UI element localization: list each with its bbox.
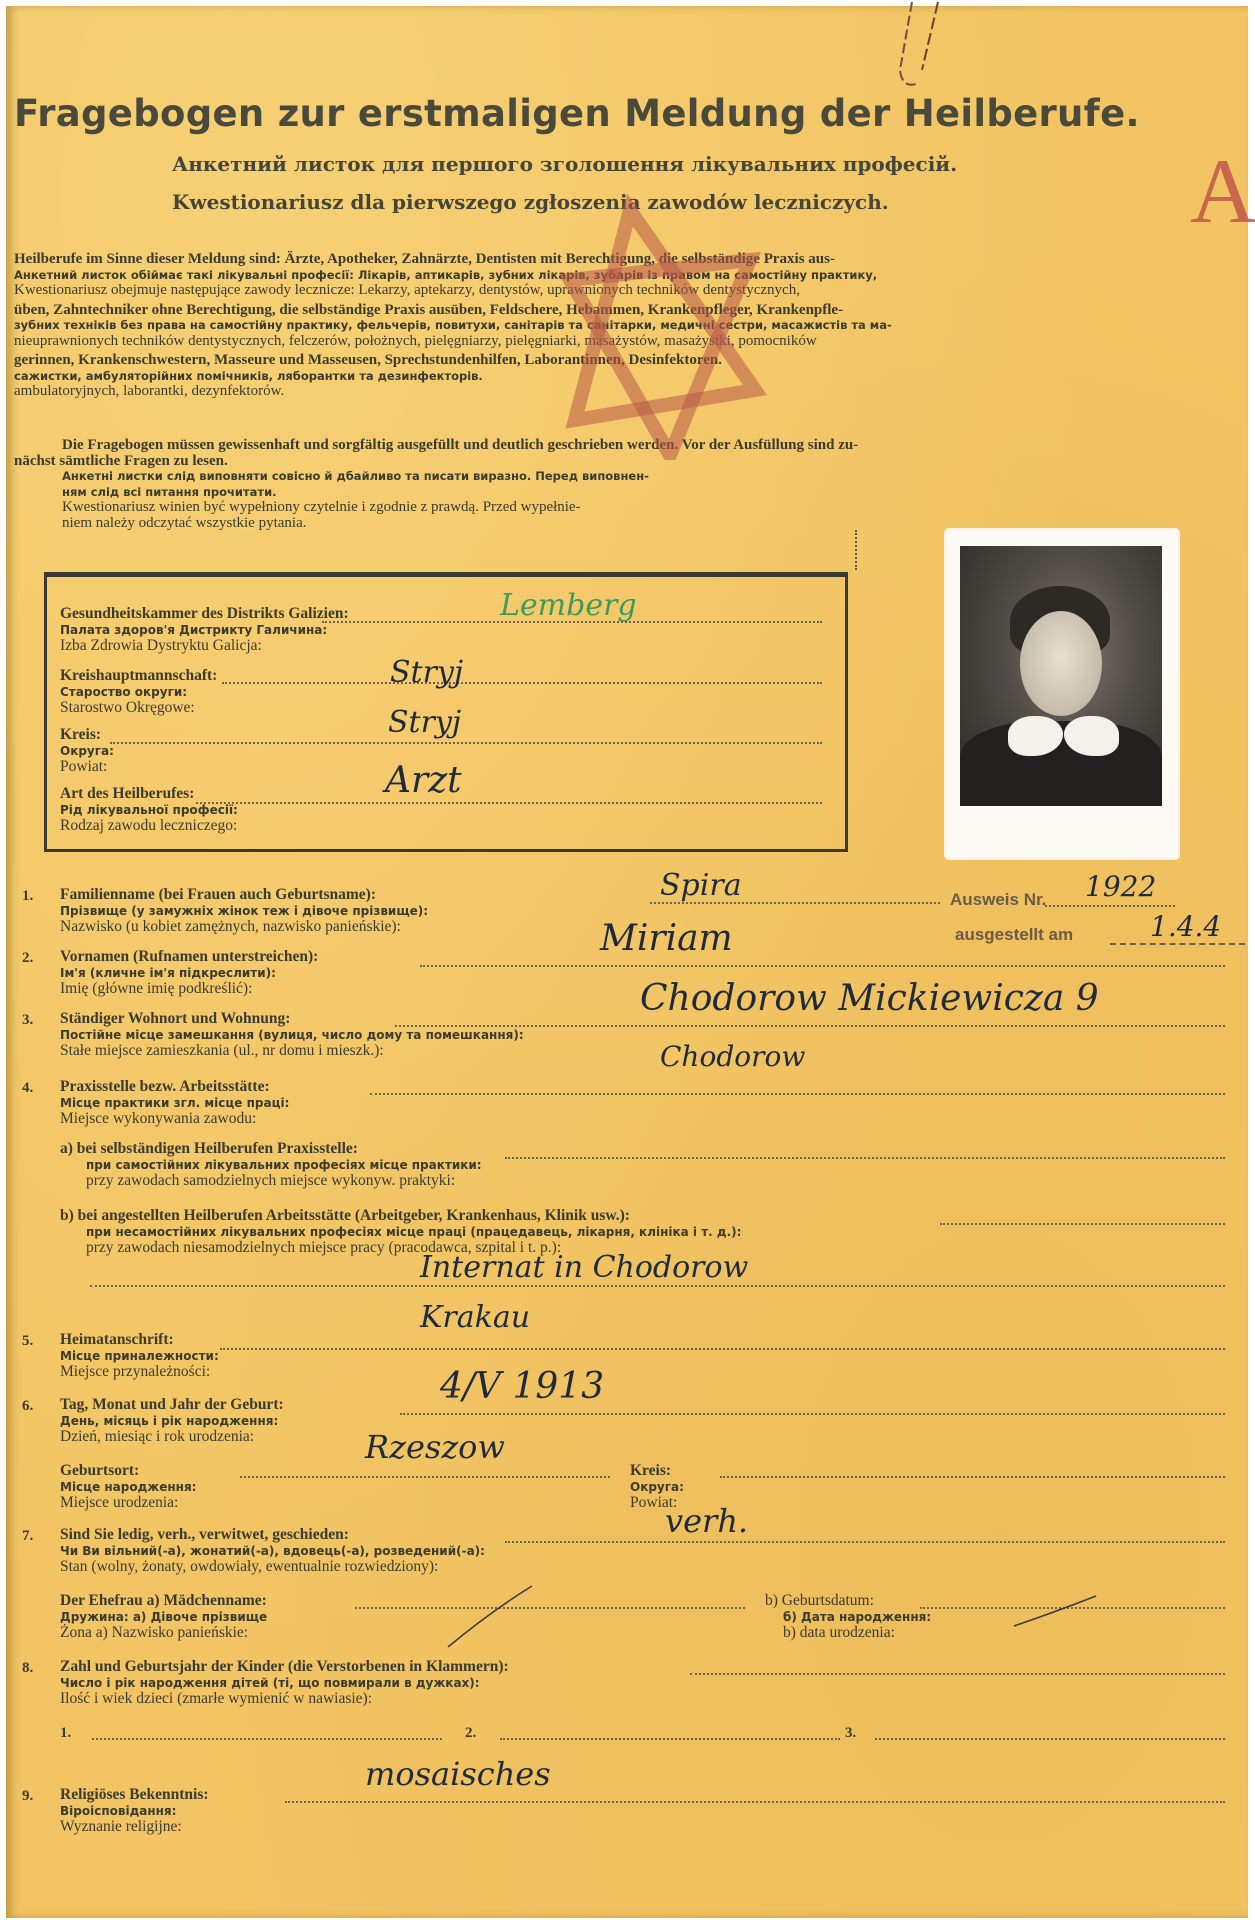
- label-de: Gesundheitskammer des Distrikts Galizien…: [60, 605, 349, 623]
- label-de: a) bei selbständigen Heilberufen Praxiss…: [60, 1140, 482, 1158]
- religion-value[interactable]: mosaisches: [365, 1755, 551, 1793]
- label-ua: Місце народження:: [60, 1480, 196, 1494]
- instructions-pl-2: niem należy odczytać wszystkie pytania.: [14, 516, 858, 532]
- strike-mark: [440, 1582, 540, 1652]
- label-pl: Powiat:: [60, 758, 114, 776]
- label-ua: Чи Ви вільний(-а), жонатий(-а), вдовець(…: [60, 1544, 485, 1558]
- page-title: Fragebogen zur erstmaligen Meldung der H…: [14, 92, 1140, 135]
- label-pl: Miejsce wykonywania zawodu:: [60, 1110, 289, 1128]
- label-ua: Палата здоров'я Дистрикту Галичина:: [60, 623, 349, 637]
- label-pl: Wyznanie religijne:: [60, 1818, 209, 1836]
- pencil-mark: [890, 0, 950, 95]
- portrait-image: [960, 546, 1162, 806]
- question-number: 9.: [22, 1788, 33, 1805]
- birthplace-value[interactable]: Rzeszow: [365, 1428, 505, 1466]
- label-ua: Староство округи:: [60, 685, 217, 699]
- label-de: Kreishauptmannschaft:: [60, 667, 217, 685]
- workplace-b-value[interactable]: Internat in Chodorow: [420, 1250, 748, 1285]
- question-4a: a) bei selbständigen Heilberufen Praxiss…: [60, 1140, 482, 1190]
- residence-line[interactable]: [395, 1025, 1225, 1027]
- instructions-pl-1: Kwestionariusz winien być wypełniony czy…: [14, 500, 858, 516]
- question-number: 6.: [22, 1398, 33, 1415]
- label-pl: Miejsce urodzenia:: [60, 1494, 196, 1512]
- label-pl: Imię (główne imię podkreślić):: [60, 980, 318, 998]
- children-line[interactable]: [690, 1673, 1225, 1675]
- label-pl: Dzień, miesiąc i rok urodzenia:: [60, 1428, 284, 1446]
- question-4: Praxisstelle bezw. Arbeitsstätte: Місце …: [60, 1078, 289, 1128]
- label-ua: при несамостійних лікувальних професіях …: [60, 1225, 741, 1239]
- label-pl: przy zawodach samodzielnych miejsce wyko…: [60, 1172, 482, 1190]
- label-de: Heimatanschrift:: [60, 1331, 219, 1349]
- child-2-label: 2.: [465, 1725, 476, 1742]
- workplace-b-line-2[interactable]: [90, 1285, 1225, 1287]
- religion-line[interactable]: [285, 1801, 1225, 1803]
- label-de: Kreis:: [630, 1462, 684, 1480]
- child-1-label: 1.: [60, 1725, 71, 1742]
- field-art: Art des Heilberufes: Рід лікувальної про…: [60, 785, 238, 835]
- label-ua: Число і рік народження дітей (ті, що пов…: [60, 1676, 509, 1690]
- wife-maiden-line[interactable]: [355, 1607, 745, 1609]
- label-de: Familienname (bei Frauen auch Geburtsnam…: [60, 886, 428, 904]
- family-name-value[interactable]: Spira: [660, 868, 742, 903]
- residence-value[interactable]: Chodorow Mickiewicza 9: [640, 978, 1099, 1019]
- field-kreishauptmannschaft: Kreishauptmannschaft: Староство округи: …: [60, 667, 217, 717]
- label-pl: Rodzaj zawodu leczniczego:: [60, 817, 238, 835]
- instructions-ua-2: ням слід всі питання прочитати.: [14, 485, 858, 501]
- question-7-wife-birthdate: b) Geburtsdatum: б) Дата народження: b) …: [765, 1592, 931, 1642]
- question-number: 4.: [22, 1080, 33, 1097]
- label-pl: Starostwo Okręgowe:: [60, 699, 217, 717]
- question-6: Tag, Monat und Jahr der Geburt: День, мі…: [60, 1396, 284, 1446]
- first-name-line[interactable]: [420, 965, 1225, 967]
- instructions-ua-1: Анкетні листки слід виповняти совісно й …: [14, 469, 858, 485]
- label-de: b) Geburtsdatum:: [765, 1592, 931, 1610]
- chamber-value[interactable]: Lemberg: [500, 588, 637, 623]
- ausweis-issued-label: ausgestellt am: [955, 925, 1073, 945]
- label-pl: Stan (wolny, żonaty, owdowiały, ewentual…: [60, 1558, 485, 1576]
- home-address-value[interactable]: Krakau: [420, 1300, 530, 1335]
- question-number: 5.: [22, 1333, 33, 1350]
- label-ua: Віроісповідання:: [60, 1804, 209, 1818]
- birth-kreis-line[interactable]: [720, 1476, 1225, 1478]
- kreis-input-line[interactable]: [110, 742, 822, 744]
- page-subtitle-ua: Анкетний листок для першого зголошення л…: [172, 152, 957, 176]
- label-pl: Miejsce przynależności:: [60, 1363, 219, 1381]
- home-address-line[interactable]: [220, 1348, 1225, 1350]
- question-number: 2.: [22, 950, 33, 967]
- label-de: Zahl und Geburtsjahr der Kinder (die Ver…: [60, 1658, 509, 1676]
- label-ua: Дружина: а) Дівоче прізвище: [60, 1610, 267, 1624]
- stamp-letter: A: [1190, 138, 1255, 244]
- strike-mark: [1010, 1592, 1100, 1632]
- question-number: 8.: [22, 1660, 33, 1677]
- question-9: Religiöses Bekenntnis: Віроісповідання: …: [60, 1786, 209, 1836]
- label-ua: Округа:: [630, 1480, 684, 1494]
- label-pl: Nazwisko (u kobiet zamężnych, nazwisko p…: [60, 918, 428, 936]
- label-pl: Żona a) Nazwisko panieńskie:: [60, 1624, 267, 1642]
- question-number: 3.: [22, 1012, 33, 1029]
- art-input-line[interactable]: [196, 802, 822, 804]
- label-de: Geburtsort:: [60, 1462, 196, 1480]
- ausweis-nr-line[interactable]: [1045, 905, 1175, 907]
- first-name-value[interactable]: Miriam: [600, 918, 733, 959]
- label-ua: День, місяць і рік народження:: [60, 1414, 284, 1428]
- label-ua: Місце практики згл. місце праці:: [60, 1096, 289, 1110]
- label-ua: б) Дата народження:: [765, 1610, 931, 1624]
- question-6-birthplace: Geburtsort: Місце народження: Miejsce ur…: [60, 1462, 196, 1512]
- field-chamber: Gesundheitskammer des Distrikts Galizien…: [60, 605, 349, 655]
- marital-status-line[interactable]: [505, 1541, 1225, 1543]
- label-de: Kreis:: [60, 726, 114, 744]
- birth-date-value[interactable]: 4/V 1913: [440, 1366, 604, 1407]
- label-de: Der Ehefrau a) Mädchenname:: [60, 1592, 267, 1610]
- workplace-b-line[interactable]: [940, 1223, 1225, 1225]
- child-3-label: 3.: [845, 1725, 856, 1742]
- kreishauptmannschaft-input-line[interactable]: [222, 682, 822, 684]
- field-kreis: Kreis: Округа: Powiat:: [60, 726, 114, 776]
- label-de: Tag, Monat und Jahr der Geburt:: [60, 1396, 284, 1414]
- label-pl: Izba Zdrowia Dystryktu Galicja:: [60, 637, 349, 655]
- portrait-photo: [946, 530, 1178, 858]
- kreishauptmannschaft-value[interactable]: Stryj: [390, 655, 463, 690]
- star-of-david-stamp-icon: [560, 190, 770, 460]
- label-ua: Постійне місце замешкання (вулиця, число…: [60, 1028, 524, 1042]
- ausweis-issued-value[interactable]: 1.4.4: [1150, 910, 1221, 943]
- label-ua: Прізвище (у замужніх жінок теж і дівоче …: [60, 904, 428, 918]
- kreis-value[interactable]: Stryj: [388, 705, 461, 740]
- question-number: 1.: [22, 888, 33, 905]
- question-7-wife-maiden: Der Ehefrau a) Mädchenname: Дружина: а) …: [60, 1592, 267, 1642]
- birthplace-line[interactable]: [240, 1476, 610, 1478]
- label-pl: Ilość i wiek dzieci (zmarłe wymienić w n…: [60, 1690, 509, 1708]
- page-subtitle-pl: Kwestionariusz dla pierwszego zgłoszenia…: [172, 190, 889, 214]
- label-de: Sind Sie ledig, verh., verwitwet, geschi…: [60, 1526, 485, 1544]
- residence-value-2[interactable]: Chodorow: [660, 1040, 805, 1073]
- question-1: Familienname (bei Frauen auch Geburtsnam…: [60, 886, 428, 936]
- ausweis-nr-value[interactable]: 1922: [1085, 870, 1156, 903]
- label-de: Vornamen (Rufnamen unterstreichen):: [60, 948, 318, 966]
- birth-date-line[interactable]: [400, 1413, 1225, 1415]
- label-ua: Округа:: [60, 744, 114, 758]
- label-pl: Stałe miejsce zamieszkania (ul., nr domu…: [60, 1042, 524, 1060]
- label-de: Religiöses Bekenntnis:: [60, 1786, 209, 1804]
- label-ua: Рід лікувальної професії:: [60, 803, 238, 817]
- label-ua: при самостійних лікувальних професіях мі…: [60, 1158, 482, 1172]
- question-2: Vornamen (Rufnamen unterstreichen): Ім'я…: [60, 948, 318, 998]
- divider: [855, 530, 857, 570]
- child-1-line[interactable]: [92, 1738, 442, 1740]
- ausweis-nr-label: Ausweis Nr.: [950, 890, 1046, 910]
- question-number: 7.: [22, 1528, 33, 1545]
- label-de: b) bei angestellten Heilberufen Arbeitss…: [60, 1207, 741, 1225]
- art-value[interactable]: Arzt: [385, 760, 462, 801]
- label-pl: b) data urodzenia:: [765, 1624, 931, 1642]
- child-2-line[interactable]: [500, 1738, 840, 1740]
- child-3-line[interactable]: [875, 1738, 1225, 1740]
- family-name-line[interactable]: [650, 902, 940, 904]
- label-ua: Ім'я (кличне ім'я підкреслити):: [60, 966, 318, 980]
- workplace-a-line[interactable]: [505, 1157, 1225, 1159]
- label-de: Art des Heilberufes:: [60, 785, 238, 803]
- marital-status-value[interactable]: verh.: [665, 1502, 748, 1540]
- question-8: Zahl und Geburtsjahr der Kinder (die Ver…: [60, 1658, 509, 1708]
- ausweis-issued-line[interactable]: [1110, 943, 1245, 945]
- label-ua: Місце приналежности:: [60, 1349, 219, 1363]
- label-de: Praxisstelle bezw. Arbeitsstätte:: [60, 1078, 289, 1096]
- question-3: Ständiger Wohnort und Wohnung: Постійне …: [60, 1010, 524, 1060]
- workplace-line[interactable]: [370, 1093, 1225, 1095]
- question-5: Heimatanschrift: Місце приналежности: Mi…: [60, 1331, 219, 1381]
- question-7: Sind Sie ledig, verh., verwitwet, geschi…: [60, 1526, 485, 1576]
